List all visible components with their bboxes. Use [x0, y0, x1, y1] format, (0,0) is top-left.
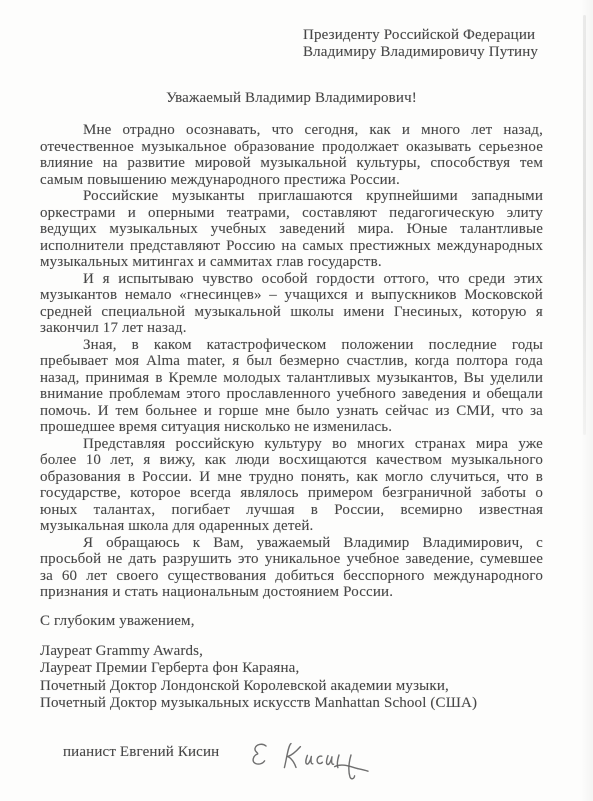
credential-line: Почетный Доктор Лондонской Королевской а…	[40, 678, 543, 696]
body-line: просьбой не дать разрушить это уникально…	[40, 551, 543, 568]
signature-row: пианист Евгений Кисин	[40, 744, 543, 794]
credentials-block: Лауреат Grammy Awards,Лауреат Премии Гер…	[40, 643, 543, 713]
recipient-block: Президенту Российской ФедерацииВладимиру…	[303, 27, 543, 61]
body-line: музыкальных митингах и саммитах глав гос…	[40, 254, 543, 271]
body-line: назад, принимая в Кремле молодых талантл…	[40, 370, 543, 387]
body-line: юных талантах, погибает лучшая в России,…	[40, 502, 543, 519]
recipient-line: Президенту Российской Федерации	[303, 27, 543, 44]
body-line: внимание проблемам этого прославленного …	[40, 386, 543, 403]
body-line: музыкальная школа для одаренных детей.	[40, 518, 543, 535]
closing-line: С глубоким уважением,	[40, 613, 543, 630]
body-line: музыкантов немало «гнесинцев» – учащихся…	[40, 287, 543, 304]
body-line: закончил 17 лет назад.	[40, 320, 543, 337]
body-line: Российские музыканты приглашаются крупне…	[40, 188, 543, 205]
recipient-line: Владимиру Владимировичу Путину	[303, 44, 543, 61]
credential-line: Почетный Доктор музыкальных искусств Man…	[40, 695, 543, 713]
body-line: более 10 лет, я вижу, как люди восхищают…	[40, 452, 543, 469]
body-line: оркестрами и оперными театрами, составля…	[40, 205, 543, 222]
body-line: Мне отрадно осознавать, что сегодня, как…	[40, 122, 543, 139]
letter-body: Мне отрадно осознавать, что сегодня, как…	[40, 122, 543, 601]
credential-line: Лауреат Премии Герберта фон Караяна,	[40, 660, 543, 678]
credential-line: Лауреат Grammy Awards,	[40, 643, 543, 661]
scan-edge-artifact	[583, 15, 586, 435]
body-line: исполнители представляют Россию на самых…	[40, 238, 543, 255]
body-line: государстве, которое всегда являлось при…	[40, 485, 543, 502]
body-line: признания и стать национальным достояние…	[40, 584, 543, 601]
body-line: влияние на развитие мировой музыкальной …	[40, 155, 543, 172]
letter-column: Президенту Российской ФедерацииВладимиру…	[40, 0, 543, 794]
salutation: Уважаемый Владимир Владимирович!	[40, 90, 543, 107]
body-line: средней специальной музыкальной школы им…	[40, 304, 543, 321]
body-line: за 60 лет своего существования добиться …	[40, 568, 543, 585]
body-line: помочь. И тем больнее и горше мне было у…	[40, 403, 543, 420]
body-line: самым повышению международного престижа …	[40, 172, 543, 189]
body-line: ведущих музыкальных учебных заведений ми…	[40, 221, 543, 238]
body-line: И я испытываю чувство особой гордости от…	[40, 271, 543, 288]
body-line: отечественное музыкальное образование пр…	[40, 139, 543, 156]
body-line: пребывает моя Alma mater, я был безмерно…	[40, 353, 543, 370]
handwritten-signature	[245, 735, 371, 783]
body-line: образования в России. И мне трудно понят…	[40, 469, 543, 486]
body-line: Представляя российскую культуру во многи…	[40, 436, 543, 453]
signer-line: пианист Евгений Кисин	[63, 744, 219, 760]
scanned-letter-page: Президенту Российской ФедерацииВладимиру…	[0, 0, 593, 801]
body-line: прошедшее время ситуация нисколько не из…	[40, 419, 543, 436]
body-line: Я обращаюсь к Вам, уважаемый Владимир Вл…	[40, 535, 543, 552]
body-line: Зная, в каком катастрофическом положении…	[40, 337, 543, 354]
